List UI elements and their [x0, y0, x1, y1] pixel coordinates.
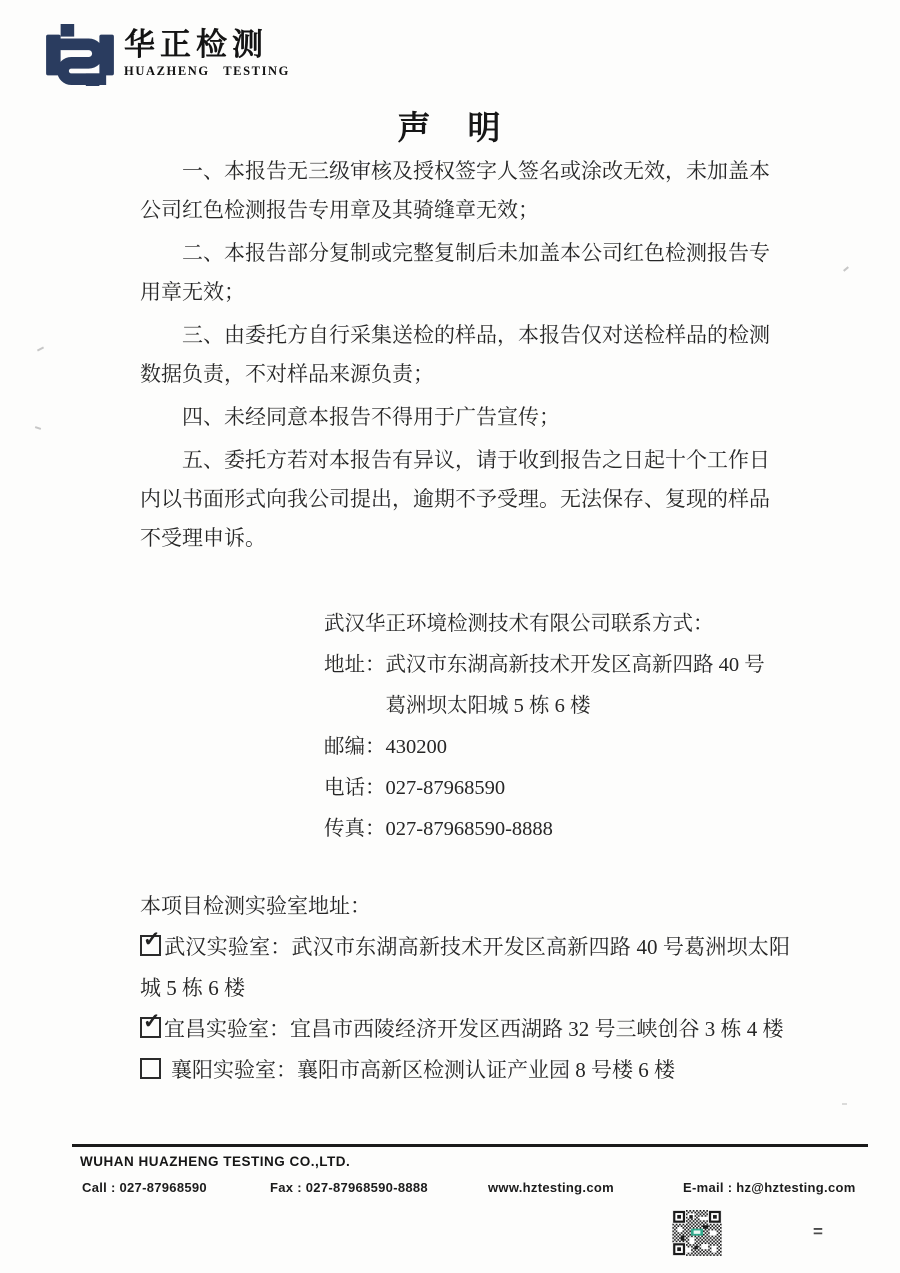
footer-call: Call : 027-87968590 [82, 1180, 207, 1195]
address-label: 地址： [324, 654, 386, 676]
contact-postcode-line: 邮编：430200 [324, 727, 794, 768]
company-name-en: HUAZHENG TESTING [124, 64, 290, 79]
checkmark-icon: ✓ [143, 1011, 161, 1032]
fax-value: 027-87968590-8888 [386, 818, 553, 840]
company-logo: 华正检测 HUAZHENG TESTING [46, 24, 290, 86]
logo-text: 华正检测 HUAZHENG TESTING [124, 24, 290, 79]
checkbox-checked-icon: ✓ [140, 935, 161, 956]
contact-heading: 武汉华正环境检测技术有限公司联系方式： [324, 604, 794, 645]
page-title: 声 明 [0, 102, 900, 149]
contact-phone-line: 电话：027-87968590 [324, 768, 794, 809]
corner-mark: = [813, 1222, 823, 1242]
footer-company-name: WUHAN HUAZHENG TESTING CO.,LTD. [80, 1154, 350, 1169]
phone-value: 027-87968590 [386, 777, 506, 799]
statement-2: 二、本报告部分复制或完整复制后未加盖本公司红色检测报告专用章无效； [140, 234, 770, 312]
statement-3: 三、由委托方自行采集送检的样品，本报告仅对送检样品的检测数据负责，不对样品来源负… [140, 316, 770, 394]
contact-fax-line: 传真：027-87968590-8888 [324, 809, 794, 850]
contact-section: 武汉华正环境检测技术有限公司联系方式： 地址：武汉市东湖高新技术开发区高新四路 … [324, 604, 794, 850]
statement-5: 五、委托方若对本报告有异议，请于收到报告之日起十个工作日内以书面形式向我公司提出… [140, 441, 770, 558]
scan-artifact [842, 1103, 847, 1105]
labs-section: 本项目检测实验室地址： ✓武汉实验室：武汉市东湖高新技术开发区高新四路 40 号… [140, 886, 790, 1091]
contact-address-line2: 葛洲坝太阳城 5 栋 6 楼 [324, 686, 794, 727]
checkbox-unchecked-icon [140, 1058, 161, 1079]
postcode-value: 430200 [386, 736, 448, 758]
scan-artifact [843, 266, 849, 271]
lab-name: 襄阳实验室： [171, 1058, 297, 1082]
lab-row-yichang: ✓宜昌实验室：宜昌市西陵经济开发区西湖路 32 号三峡创谷 3 栋 4 楼 [140, 1009, 790, 1050]
checkmark-icon: ✓ [143, 929, 161, 950]
statement-1: 一、本报告无三级审核及授权签字人签名或涂改无效，未加盖本公司红色检测报告专用章及… [140, 152, 770, 230]
declaration-page: 华正检测 HUAZHENG TESTING 声 明 一、本报告无三级审核及授权签… [0, 0, 900, 1273]
address-value: 武汉市东湖高新技术开发区高新四路 40 号 [386, 654, 765, 676]
company-name-cn: 华正检测 [124, 28, 290, 62]
labs-heading: 本项目检测实验室地址： [140, 886, 790, 927]
qr-code [672, 1210, 722, 1256]
scan-artifact [37, 346, 44, 351]
huazheng-logo-icon [46, 24, 114, 86]
footer-website: www.hztesting.com [488, 1180, 614, 1195]
lab-address: 宜昌市西陵经济开发区西湖路 32 号三峡创谷 3 栋 4 楼 [290, 1017, 784, 1041]
lab-name: 宜昌实验室： [164, 1017, 290, 1041]
lab-name: 武汉实验室： [164, 935, 292, 959]
statement-4: 四、未经同意本报告不得用于广告宣传； [140, 398, 770, 437]
phone-label: 电话： [324, 777, 386, 799]
statements-section: 一、本报告无三级审核及授权签字人签名或涂改无效，未加盖本公司红色检测报告专用章及… [140, 152, 770, 562]
postcode-label: 邮编： [324, 736, 386, 758]
lab-row-xiangyang: 襄阳实验室：襄阳市高新区检测认证产业园 8 号楼 6 楼 [140, 1050, 790, 1091]
footer-fax: Fax : 027-87968590-8888 [270, 1180, 428, 1195]
contact-address-line: 地址：武汉市东湖高新技术开发区高新四路 40 号 [324, 645, 794, 686]
fax-label: 传真： [324, 818, 386, 840]
scan-artifact [35, 426, 41, 430]
checkbox-checked-icon: ✓ [140, 1017, 161, 1038]
lab-address: 襄阳市高新区检测认证产业园 8 号楼 6 楼 [297, 1058, 675, 1082]
footer-email: E-mail : hz@hztesting.com [683, 1180, 856, 1195]
footer-divider [72, 1144, 868, 1147]
lab-row-wuhan: ✓武汉实验室：武汉市东湖高新技术开发区高新四路 40 号葛洲坝太阳城 5 栋 6… [140, 927, 790, 1009]
